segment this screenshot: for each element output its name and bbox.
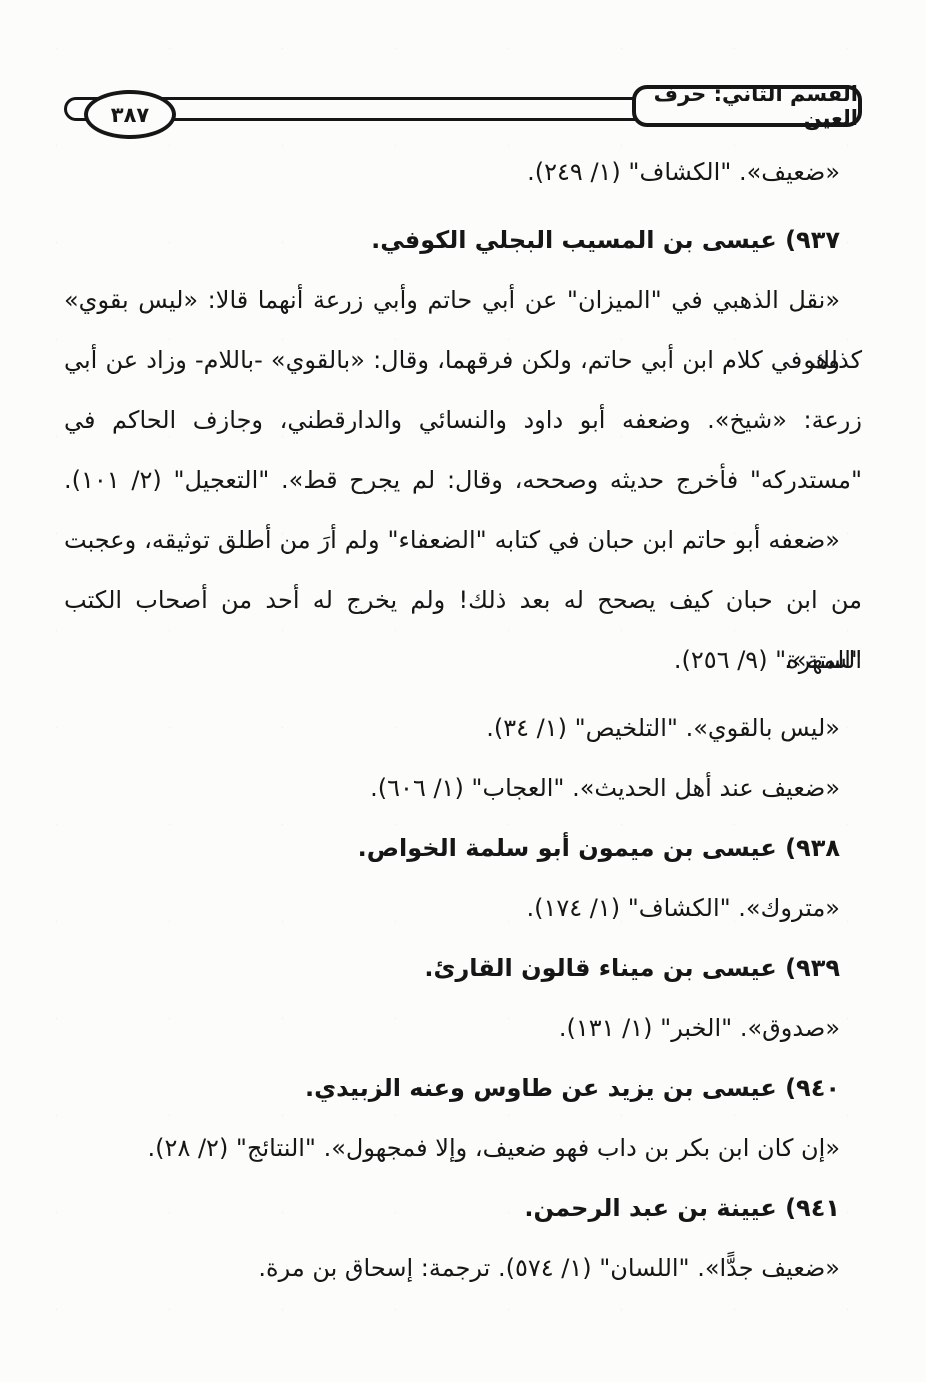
- paragraph-line: "مستدركه" فأخرج حديثه وصححه، وقال: لم يج…: [64, 450, 862, 510]
- grading-citation: «ضعيف عند أهل الحديث». "العجاب" (١/ ٦٠٦)…: [64, 758, 862, 818]
- grading-citation: «ليس بالقوي». "التلخيص" (١/ ٣٤).: [64, 698, 862, 758]
- page-header: القسم الثاني: حرف العين ٣٨٧: [64, 85, 862, 129]
- page-body: «ضعيف». "الكشاف" (١/ ٢٤٩).٩٣٧) عيسى بن ا…: [64, 142, 862, 1298]
- grading-citation: «ضعيف جدًّا». "اللسان" (١/ ٥٧٤). ترجمة: …: [64, 1238, 862, 1298]
- section-title: القسم الثاني: حرف العين: [636, 82, 858, 130]
- entry-heading: ٩٤٠) عيسى بن يزيد عن طاوس وعنه الزبيدي.: [64, 1058, 862, 1118]
- page-number-badge: ٣٨٧: [84, 90, 176, 139]
- grading-citation: «ضعيف». "الكشاف" (١/ ٢٤٩).: [64, 142, 862, 202]
- grading-citation: «إن كان ابن بكر بن داب فهو ضعيف، وإلا فم…: [64, 1118, 862, 1178]
- paragraph-line: من ابن حبان كيف يصحح له بعد ذلك! ولم يخر…: [64, 570, 862, 630]
- citation-line: "المهرة" (٩/ ٢٥٦).: [64, 630, 862, 690]
- entry-heading: ٩٣٧) عيسى بن المسيب البجلي الكوفي.: [64, 210, 862, 270]
- paragraph-line: كذلك في كلام ابن أبي حاتم، ولكن فرقهما، …: [64, 330, 862, 390]
- entry-heading: ٩٣٩) عيسى بن ميناء قالون القارئ.: [64, 938, 862, 998]
- grading-citation: «صدوق». "الخبر" (١/ ١٣١).: [64, 998, 862, 1058]
- entry-heading: ٩٤١) عيينة بن عبد الرحمن.: [64, 1178, 862, 1238]
- paragraph-line: زرعة: «شيخ». وضعفه أبو داود والنسائي وال…: [64, 390, 862, 450]
- entry-heading: ٩٣٨) عيسى بن ميمون أبو سلمة الخواص.: [64, 818, 862, 878]
- paragraph-line: «نقل الذهبي في "الميزان" عن أبي حاتم وأب…: [64, 270, 862, 330]
- paragraph-line: «ضعفه أبو حاتم ابن حبان في كتابه "الضعفا…: [64, 510, 862, 570]
- page-number: ٣٨٧: [111, 103, 149, 127]
- section-title-box: القسم الثاني: حرف العين: [632, 85, 862, 127]
- grading-citation: «متروك». "الكشاف" (١/ ١٧٤).: [64, 878, 862, 938]
- book-page: القسم الثاني: حرف العين ٣٨٧ «ضعيف». "الك…: [0, 0, 926, 1382]
